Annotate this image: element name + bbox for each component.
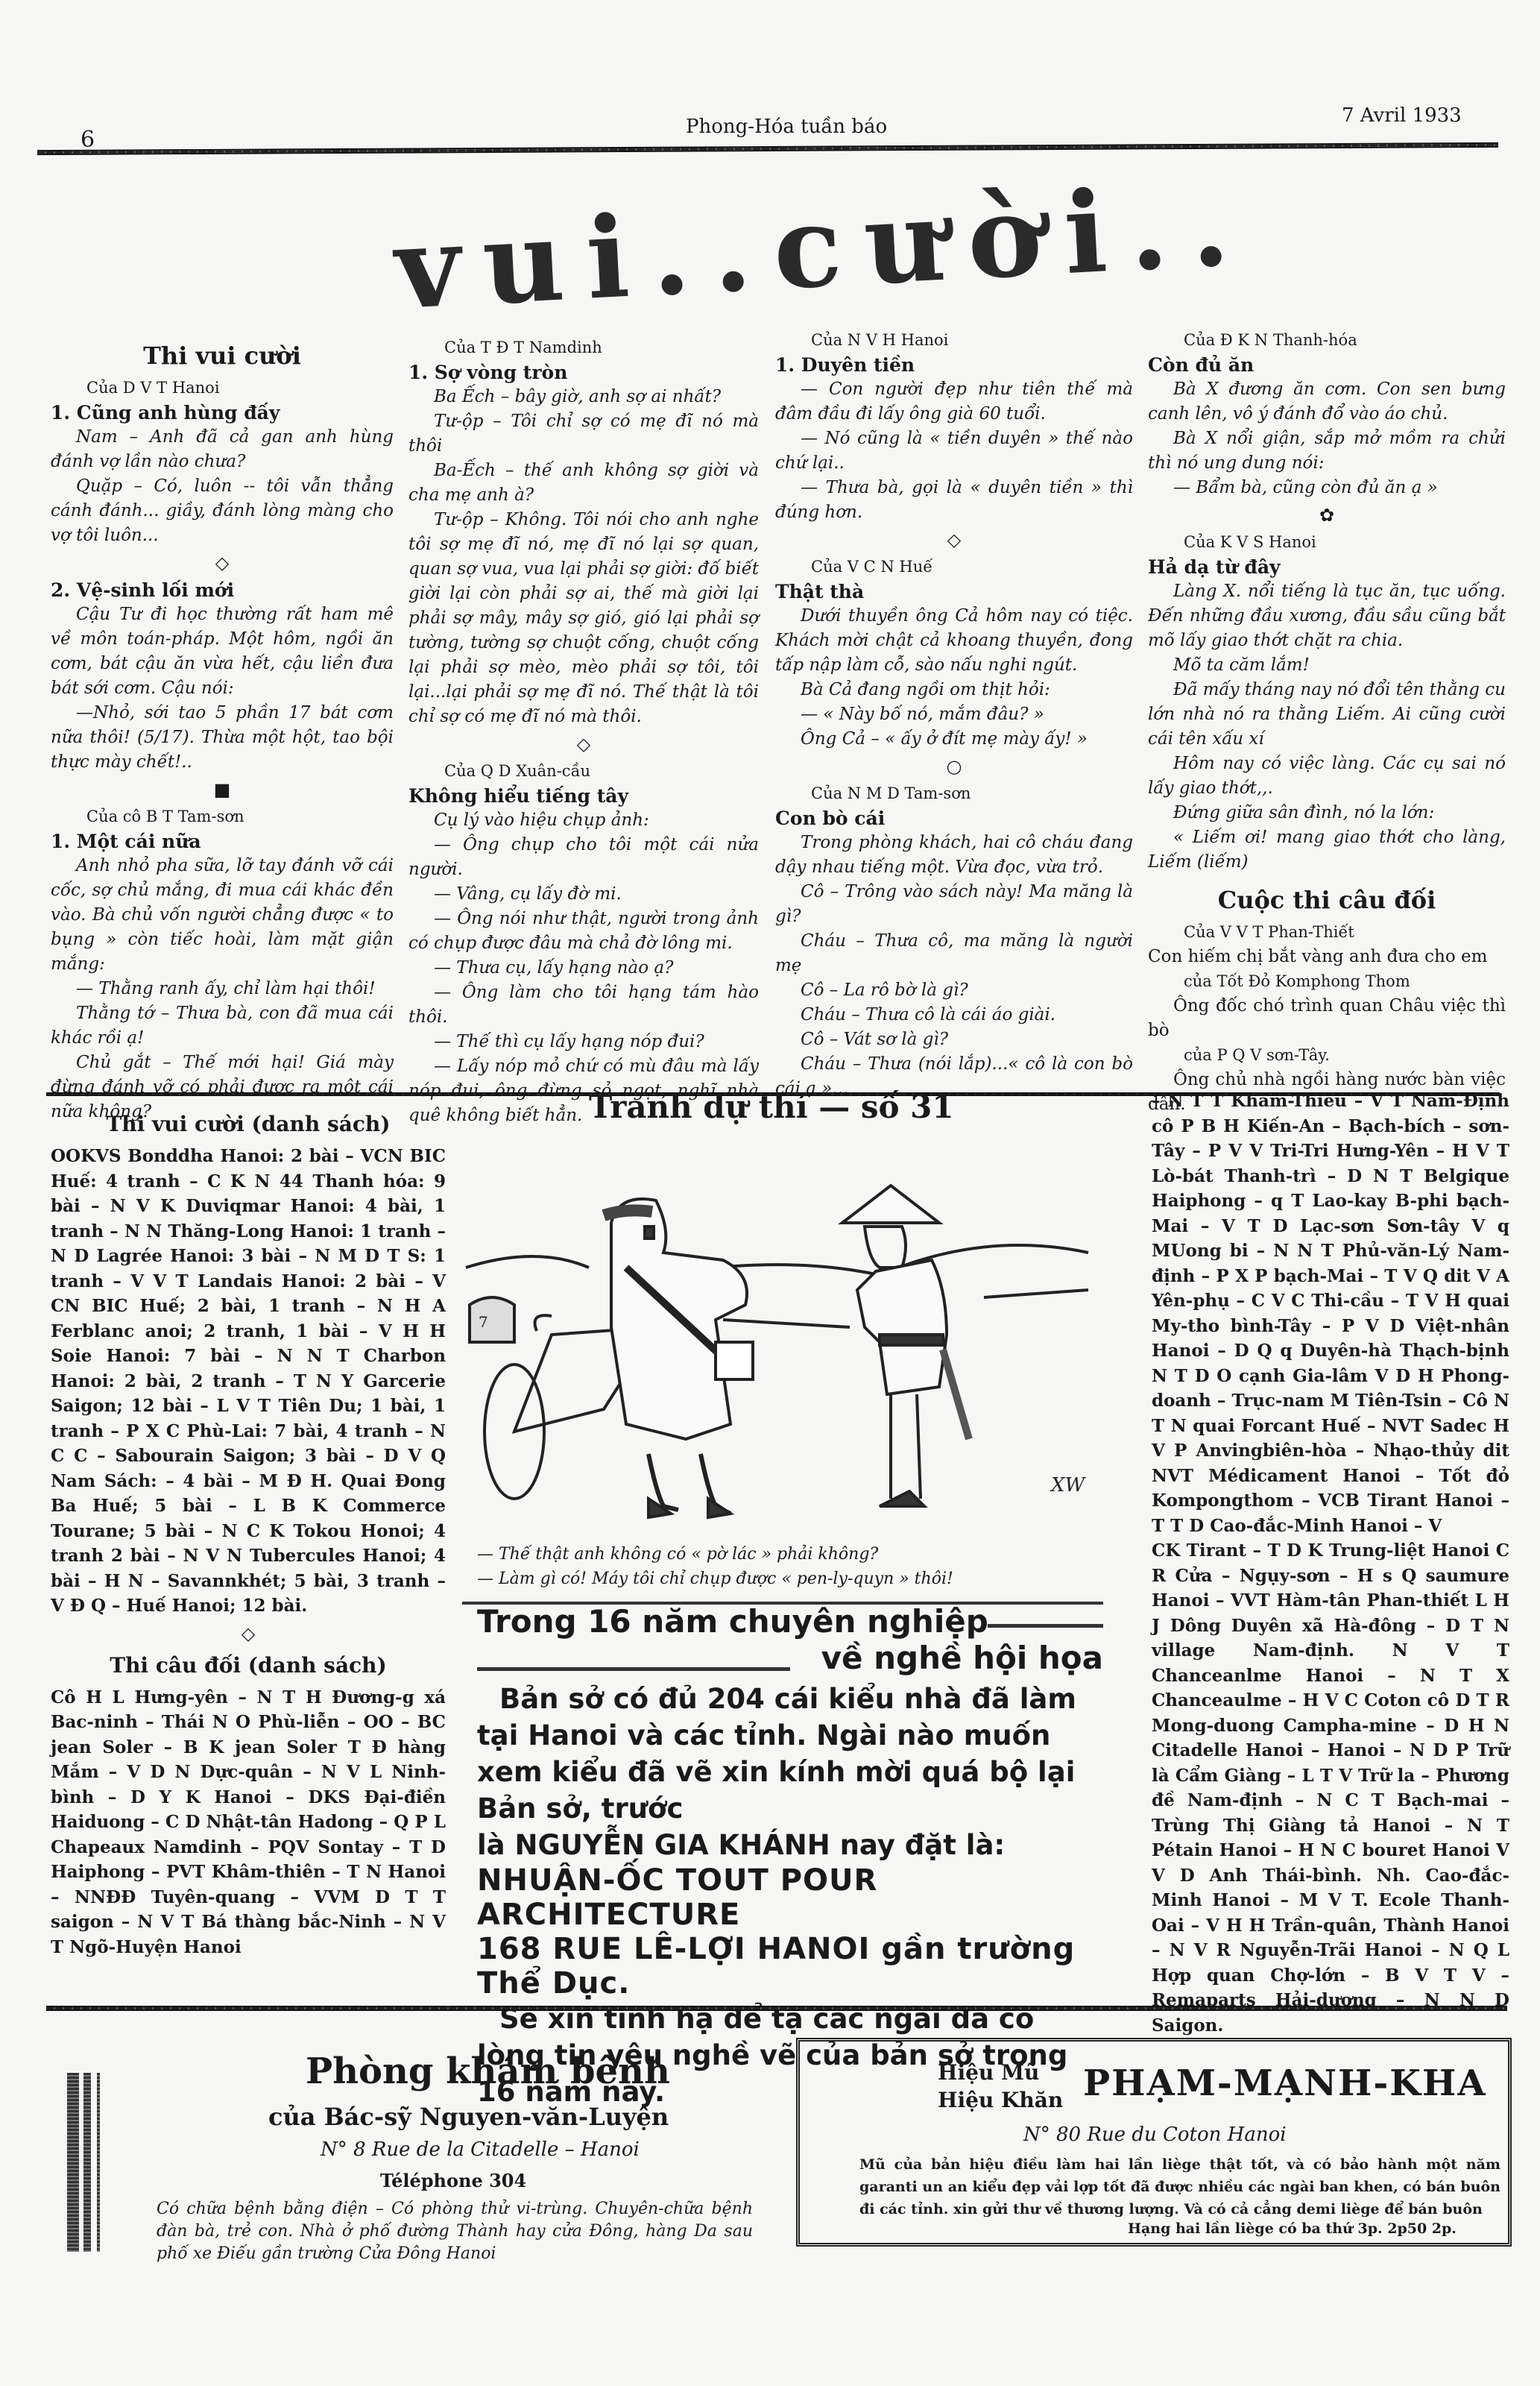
paragraph: Cô – Vát sơ là gì? (775, 1027, 1133, 1052)
section-title: Thi vui cười (51, 344, 394, 368)
cartoon-caption: — Thế thật anh không có « pờ lác » phải … (477, 1545, 878, 1564)
paragraph: Bà X nổi giận, sắp mở mồm ra chửi thì nó… (1148, 426, 1506, 476)
clinic-doctor: của Bác-sỹ Nguyen-văn-Luyện (268, 2103, 669, 2131)
ad-address: 168 RUE LÊ-LỢI HANOI gần trường Thể Dục. (477, 1932, 1103, 2001)
section-title: Thi vui cười (danh sách) (51, 1112, 446, 1136)
paragraph: Cháu – Thưa cô, ma măng là người mẹ (775, 929, 1133, 978)
paragraph: — Bẩm bà, cũng còn đủ ăn ạ » (1148, 476, 1506, 500)
clinic-phone: Téléphone 304 (380, 2170, 526, 2191)
paragraph: — Ông nói như thật, người trong ảnh có c… (408, 907, 759, 956)
paragraph: Ông Cả – « ấy ở đít mẹ mày ấy! » (775, 727, 1133, 752)
shop-brand: PHẠM-MẠNH-KHA (1083, 2062, 1487, 2104)
paragraph: Nam – Anh đã cả gan anh hùng đánh vợ lần… (51, 425, 394, 474)
milestone-number: 7 (479, 1313, 488, 1331)
cartoon-caption: — Làm gì có! Máy tôi chỉ chụp được « pen… (477, 1570, 953, 1588)
story-title: Hả dạ từ đây (1148, 555, 1506, 579)
flower-ornament-icon: ✿ (1148, 500, 1506, 530)
circle-ornament-icon: ○ (775, 752, 1133, 781)
ad-company-name: NHUẬN-ỐC TOUT POUR ARCHITECTURE (477, 1863, 1103, 1932)
section-title: Cuộc thi câu đối (1148, 888, 1506, 913)
story-title: 1. Cũng anh hùng đấy (51, 400, 394, 425)
paragraph: Trong phòng khách, hai cô cháu đang dậy … (775, 831, 1133, 880)
couplets-list-continued: – N T T Khâm-Thiêu – V T Nam-Định cô P B… (1152, 1089, 1509, 2038)
paragraph: Mõ ta căm lắm! (1148, 653, 1506, 678)
author: Của V C N Huế (775, 555, 1133, 579)
shop-label: Hiệu Khăn (938, 2088, 1063, 2112)
author: Của N V H Hanoi (775, 328, 1133, 353)
story-title: 1. Duyên tiền (775, 353, 1133, 377)
paragraph: Cháu – Thưa cô là cái áo giài. (775, 1003, 1133, 1027)
paragraph: Anh nhỏ pha sữa, lỡ tay đánh vỡ cái cốc,… (51, 854, 394, 977)
story-title: 1. Sợ vòng tròn (408, 360, 759, 385)
clinic-advertisement: Phòng khám bệnh của Bác-sỹ Nguyen-văn-Lu… (67, 2028, 783, 2252)
paragraph: — Vâng, cụ lấy đờ mi. (408, 882, 759, 907)
paragraph: Đã mấy tháng nay nó đổi tên thằng cu lớn… (1148, 678, 1506, 752)
list-text: Cô H L Hưng-yên – N T H Đương-g xá Bac-n… (51, 1685, 446, 1960)
cartoon-title: Tranh dự thí — số 31 (589, 1089, 954, 1125)
ad-body: là NGUYỄN GIA KHÁNH nay đặt là: (477, 1827, 1103, 1863)
paragraph: —Nhỏ, sới tao 5 phần 17 bát cơm nữa thôi… (51, 701, 394, 775)
paragraph: — Thưa cụ, lấy hạng nào ạ? (408, 956, 759, 980)
paragraph: Ba Ếch – bây giờ, anh sợ ai nhất? (408, 385, 759, 409)
decor-bar (67, 2073, 79, 2252)
couplet: Con hiếm chị bắt vàng anh đưa cho em (1148, 945, 1506, 969)
header-rule (37, 142, 1498, 155)
footer-rule (46, 2006, 1507, 2011)
shop-address: N° 80 Rue du Coton Hanoi (1023, 2124, 1287, 2146)
paragraph: — Ông chụp cho tôi một cái nửa người. (408, 833, 759, 882)
paragraph: Quặp – Có, luôn -- tôi vẫn thẳng cánh đá… (51, 474, 394, 548)
diamond-icon: ◇ (775, 525, 1133, 555)
artist-signature: XW (1050, 1474, 1087, 1496)
square-ornament-icon: ■ (51, 775, 394, 805)
ad-headline: Trong 16 năm chuyên nghiệp (477, 1603, 1103, 1640)
list-text: CK Tirant – T D K Trung-liệt Hanoi C R C… (1152, 1538, 1509, 2038)
paragraph: — Thằng ranh ấy, chỉ làm hại thôi! (51, 977, 394, 1001)
clinic-body: Có chữa bệnh bằng điện – Có phòng thử vi… (157, 2198, 753, 2265)
couplet: Ông đốc chó trình quan Châu việc thì bò (1148, 994, 1506, 1043)
author: Của V V T Phan-Thiết (1148, 920, 1506, 945)
diamond-icon: ◇ (408, 729, 759, 759)
paragraph: Cụ lý vào hiệu chụp ảnh: (408, 808, 759, 833)
paragraph: — « Này bố nó, mắm đâu? » (775, 702, 1133, 727)
author: của P Q V sơn-Tây. (1148, 1043, 1506, 1068)
ad-body: Bản sở có đủ 204 cái kiểu nhà đã làm tại… (477, 1681, 1103, 1827)
story-title: Còn đủ ăn (1148, 353, 1506, 377)
author: Của T Đ T Namdinh (408, 336, 759, 360)
paragraph: Cô – Trông vào sách này! Ma măng là gì? (775, 880, 1133, 929)
list-text: – N T T Khâm-Thiêu – V T Nam-Định cô P B… (1152, 1089, 1509, 1538)
paragraph: Cô – La rô bờ là gì? (775, 978, 1133, 1003)
column-4: Của Đ K N Thanh-hóa Còn đủ ăn Bà X đương… (1148, 328, 1506, 1117)
paragraph: Ba-Ếch – thế anh không sợ giời và cha mẹ… (408, 459, 759, 508)
hat-shop-advertisement: Hiệu Mũ Hiệu Khăn PHẠM-MẠNH-KHA N° 80 Ru… (796, 2038, 1512, 2247)
paragraph: Làng X. nổi tiếng là tục ăn, tục uống. Đ… (1148, 579, 1506, 653)
author: Của Đ K N Thanh-hóa (1148, 328, 1506, 353)
paragraph: Dưới thuyền ông Cả hôm nay có tiệc. Khác… (775, 604, 1133, 678)
author: Của K V S Hanoi (1148, 530, 1506, 555)
column-3: Của N V H Hanoi 1. Duyên tiền — Con ngườ… (775, 328, 1133, 1101)
ad-decor-rule (477, 1667, 790, 1671)
shop-prices: Hạng hai lần liège có ba thứ 3p. 2p50 2p… (1128, 2220, 1457, 2237)
story-title: Không hiểu tiếng tây (408, 784, 759, 808)
decor-bar (97, 2073, 100, 2252)
author: Của Q D Xuân-cầu (408, 759, 759, 784)
paragraph: Tư-ộp – Không. Tôi nói cho anh nghe tôi … (408, 508, 759, 729)
diamond-icon: ◇ (51, 548, 394, 578)
paragraph: Thằng tớ – Thưa bà, con đã mua cái khác … (51, 1001, 394, 1051)
shop-body: Mũ của bản hiệu điều làm hai lần liège t… (859, 2153, 1500, 2220)
story-title: 2. Vệ-sinh lối mới (51, 578, 394, 602)
section-banner: vui..cười.. (392, 160, 1144, 340)
paragraph: Bà X đương ăn cơm. Con sen bưng canh lên… (1148, 377, 1506, 426)
story-title: Con bò cái (775, 806, 1133, 831)
clinic-title: Phòng khám bệnh (306, 2050, 670, 2092)
paragraph: Bà Cả đang ngồi om thịt hỏi: (775, 678, 1133, 702)
paragraph: — Con người đẹp như tiên thế mà đâm đầu … (775, 377, 1133, 426)
column-1: Thi vui cười Của D V T Hanoi 1. Cũng anh… (51, 339, 394, 1124)
column-2: Của T Đ T Namdinh 1. Sợ vòng tròn Ba Ếch… (408, 336, 759, 1128)
paragraph: Cậu Tư đi học thường rất ham mê về môn t… (51, 602, 394, 701)
cartoon-illustration: 7 XW (462, 1141, 1103, 1543)
issue-date: 7 Avril 1933 (1342, 104, 1462, 127)
section-title: Thi câu đối (danh sách) (51, 1653, 446, 1678)
decor-bar (83, 2073, 91, 2252)
paragraph: « Liếm ơi! mang giao thớt cho làng, Liếm… (1148, 825, 1506, 875)
paragraph: Đứng giữa sân đình, nó la lớn: (1148, 801, 1506, 825)
paragraph: — Thế thì cụ lấy hạng nóp đui? (408, 1030, 759, 1054)
author: Của cô B T Tam-sơn (51, 805, 394, 829)
shop-label: Hiệu Mũ (938, 2060, 1039, 2085)
paragraph: — Ông làm cho tôi hạng tám hào thôi. (408, 980, 759, 1030)
paragraph: — Nó cũng là « tiền duyên » thế nào chứ … (775, 426, 1133, 476)
jokes-list: Thi vui cười (danh sách) OOKVS Bonddha H… (51, 1107, 446, 1960)
diamond-icon: ◇ (51, 1619, 446, 1649)
publication-title: Phong-Hóa tuần báo (686, 116, 887, 138)
paragraph: Hôm nay có việc làng. Các cụ sai nó lấy … (1148, 752, 1506, 801)
author: Của D V T Hanoi (51, 376, 394, 400)
story-title: 1. Một cái nữa (51, 829, 394, 854)
story-title: Thật thà (775, 579, 1133, 604)
author: Của N M D Tam-sơn (775, 781, 1133, 806)
clinic-address: N° 8 Rue de la Citadelle – Hanoi (321, 2138, 640, 2161)
ad-decor-rule (988, 1624, 1103, 1628)
list-text: OOKVS Bonddha Hanoi: 2 bài – VCN BIC Huế… (51, 1144, 446, 1619)
paragraph: Tư-ộp – Tôi chỉ sợ có mẹ đĩ nó mà thôi (408, 409, 759, 459)
paragraph: — Thưa bà, gọi là « duyên tiền » thì đún… (775, 476, 1133, 525)
author: của Tốt Đỏ Komphong Thom (1148, 969, 1506, 994)
